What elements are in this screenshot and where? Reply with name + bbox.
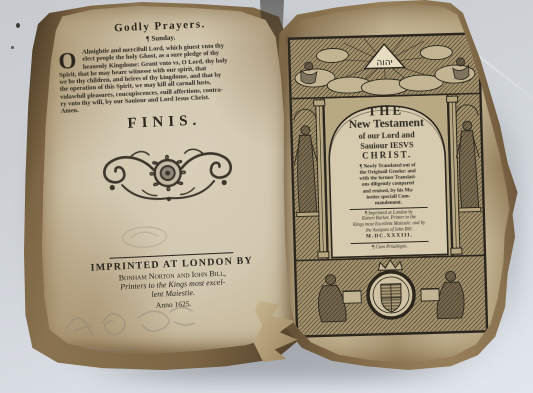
woodcut-tailpiece-ornament — [96, 141, 239, 207]
left-page: Godly Prayers. ¶ Sunday. O Almightie and… — [42, 6, 296, 354]
prayer-text: O Almightie and mercifull Lord, which gi… — [58, 40, 275, 115]
debris-speck — [11, 46, 14, 49]
debris-speck — [16, 23, 20, 28]
tetragrammaton-text: יהוה — [376, 58, 393, 68]
pencil-doodle — [104, 215, 196, 259]
title-text-block: THE New Testament of our Lord and Sauiou… — [329, 102, 447, 253]
title-line: CHRIST. — [330, 149, 444, 163]
engraved-title-border: יהוה THE New Testament of our Lord and S… — [286, 29, 490, 340]
drop-cap: O — [58, 50, 77, 72]
photo-of-antique-book: Godly Prayers. ¶ Sunday. O Almightie and… — [0, 0, 533, 393]
